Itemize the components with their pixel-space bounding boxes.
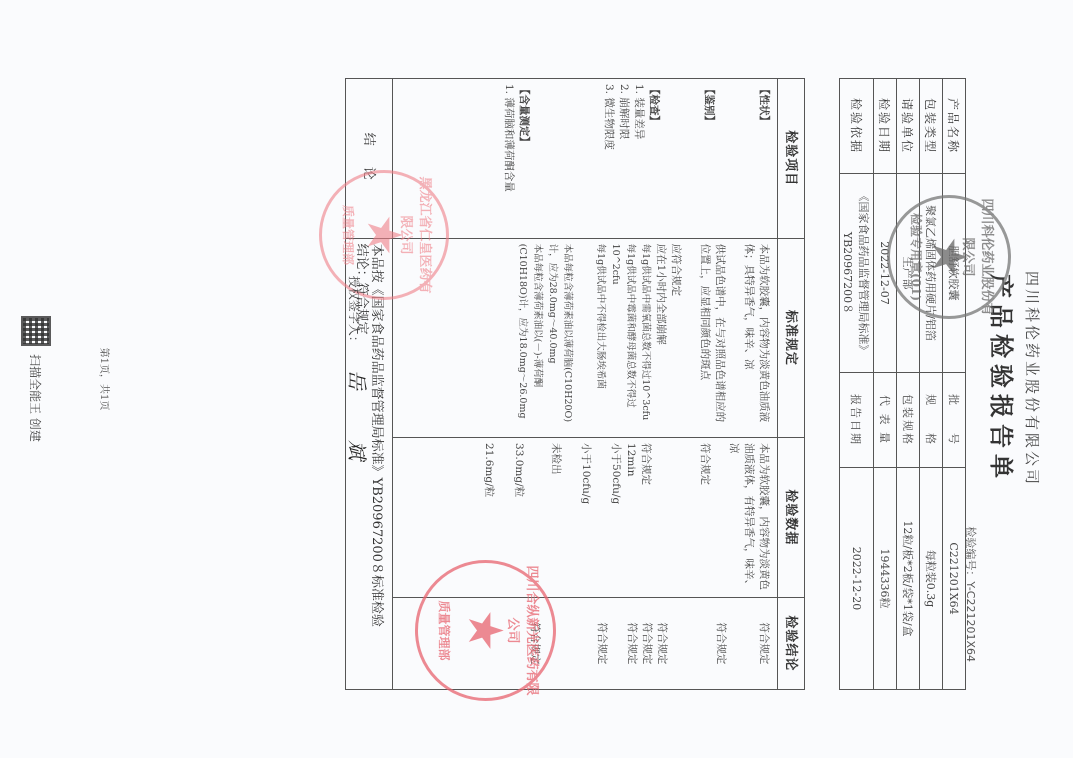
page-number: 第1页，共1页	[98, 0, 113, 758]
authorized-signer: 授权签字人：岳 斌	[344, 0, 373, 758]
table-header-row: 检验项目 标准规定 检验数据 检验结论	[778, 79, 805, 690]
section-assay: 【含量测定】	[516, 84, 531, 233]
standards-column: 本品为软胶囊，内容物为淡黄色油质液体；具特异香气，味辛、凉 供试品色谱中，在与对…	[393, 238, 778, 437]
label-batch-no: 批 号	[943, 373, 966, 468]
inspection-results-table: 检验项目 标准规定 检验数据 检验结论 【性状】 【鉴别】 【检查】 1. 装量…	[345, 78, 805, 690]
item-fill-variance: 1. 装量差异	[631, 84, 646, 233]
data-e-coli: 未检出	[548, 443, 563, 592]
standard-e-coli: 每1g供试品中不得检出大肠埃希菌	[593, 244, 608, 432]
product-info-table: 产品名称 胆舒软胶囊 批 号 C221201X64 包装类型 聚氯乙烯固体药用硬…	[839, 78, 966, 690]
seal-ring-text: 四川合纵新光医药有限公司	[505, 563, 543, 698]
label-specification: 规 格	[920, 373, 943, 468]
value-specification: 每粒装0.3g	[920, 468, 943, 690]
data-aerobic-count: 小于50cfu/g	[608, 443, 623, 592]
result-disintegration: 符合规定	[639, 603, 654, 684]
info-row: 请验单位 生产部 包装规格 12粒/板*2板/袋*1袋/盒	[897, 79, 920, 690]
standard-fill-variance: 应符合规定	[668, 244, 683, 432]
qr-code-icon	[21, 316, 51, 346]
header-item: 检验项目	[778, 79, 805, 239]
inspection-report-page: 四川科伦药业股份有限公司 产品检验报告单 检验编号：Y-C221201X64 产…	[0, 0, 1073, 758]
info-row: 包装类型 聚氯乙烯固体药用硬片/铝箔 规 格 每粒装0.3g	[920, 79, 943, 690]
info-row: 产品名称 胆舒软胶囊 批 号 C221201X64	[943, 79, 966, 690]
seal-inner-text: 检验专用章(01)	[908, 198, 925, 316]
standard-disintegration: 应在1小时内全部崩解	[653, 244, 668, 432]
signature: 岳 斌	[345, 370, 369, 482]
standard-identification: 供试品色谱中，在与对照品色谱相应的位置上，应显相同颜色的斑点	[697, 244, 727, 432]
data-identification: 符合规定	[697, 443, 712, 592]
data-disintegration: 12min	[623, 443, 638, 592]
standard-mold-yeast: 每1g供试品中霉菌和酵母菌总数不得过10^2cfu	[608, 244, 638, 432]
label-package-type: 包装类型	[920, 79, 943, 174]
red-quality-seal: 四川合纵新光医药有限公司 ★ 质量管理部	[415, 560, 556, 701]
report-title: 产品检验报告单	[986, 0, 1021, 758]
value-package-spec: 12粒/板*2板/袋*1袋/盒	[897, 468, 920, 690]
label-package-spec: 包装规格	[897, 373, 920, 468]
label-inspection-basis: 检验依据	[840, 79, 874, 174]
result-identification: 符合规定	[713, 603, 728, 684]
label-quantity: 代 表 量	[874, 373, 897, 468]
section-inspection: 【检查】	[646, 84, 661, 233]
data-fill-variance: 符合规定	[638, 443, 653, 592]
value-batch-no: C221201X64	[943, 468, 966, 690]
info-row: 检验依据 《国家食品药品监督管理局标准》YB20967200８ 报告日期 202…	[840, 79, 874, 690]
data-appearance: 本品为软胶囊，内容物为淡黄色油质液体，有特异香气，味辛、凉	[726, 443, 771, 592]
label-requesting-unit: 请验单位	[897, 79, 920, 174]
company-name: 四川科伦药业股份有限公司	[1022, 0, 1043, 758]
scanner-watermark: 扫描全能王 创建	[21, 0, 51, 758]
info-row: 检验日期 2022-12-07 代 表 量 1944336粒	[874, 79, 897, 690]
seal-inner-text: 质量管理部	[436, 563, 453, 698]
result-appearance: 符合规定	[756, 603, 771, 684]
standard-aerobic-count: 每1g供试品中需氧菌总数不得过10^3cfu	[638, 244, 653, 432]
header-standard: 标准规定	[778, 238, 805, 437]
item-menthol-content: 1. 薄荷脑和薄荷酮含量	[501, 84, 516, 233]
item-disintegration: 2. 崩解时限	[616, 84, 631, 233]
result-aerobic-count: 符合规定	[624, 603, 639, 684]
result-fill-variance: 符合规定	[654, 603, 669, 684]
result-mold-yeast: 符合规定	[594, 603, 609, 684]
label-product-name: 产品名称	[943, 79, 966, 174]
star-icon: ★	[462, 609, 510, 652]
label-report-date: 报告日期	[840, 373, 874, 468]
data-mold-yeast: 小于10cfu/g	[578, 443, 593, 592]
label-inspection-date: 检验日期	[874, 79, 897, 174]
standard-appearance: 本品为软胶囊，内容物为淡黄色油质液体；具特异香气，味辛、凉	[741, 244, 771, 432]
grey-company-seal: 四川科伦药业股份有限公司 ★ 检验专用章(01)	[887, 195, 1011, 319]
items-column: 【性状】 【鉴别】 【检查】 1. 装量差异 2. 崩解时限 3. 微生物限度 …	[393, 79, 778, 239]
value-quantity: 1944336粒	[874, 468, 897, 690]
header-data: 检验数据	[778, 438, 805, 598]
red-heilongjiang-seal: 黑龙江省仁皇医药有限公司 ★ 质量管理部	[319, 170, 449, 300]
header-result: 检验结论	[778, 597, 805, 689]
seal-ring-text: 四川科伦药业股份有限公司	[960, 198, 998, 316]
seal-ring-text: 黑龙江省仁皇医药有限公司	[398, 173, 436, 297]
value-report-date: 2022-12-20	[840, 468, 874, 690]
section-appearance: 【性状】	[756, 84, 771, 233]
value-inspection-basis: 《国家食品药品监督管理局标准》YB20967200８	[840, 174, 874, 373]
section-identification: 【鉴别】	[701, 84, 716, 233]
watermark-text: 扫描全能王 创建	[28, 354, 45, 442]
standard-menthol: 本品每粒含薄荷素油以薄荷脑(C10H20O)计，应为28.0mg～40.0mg	[545, 244, 575, 432]
item-microbial-limit: 3. 微生物限度	[601, 84, 616, 233]
standard-menthone: 本品每粒含薄荷素油以(－)-薄荷酮(C10H18O)计，应为18.0mg～26.…	[515, 244, 545, 432]
signer-label: 授权签字人：	[347, 276, 361, 348]
